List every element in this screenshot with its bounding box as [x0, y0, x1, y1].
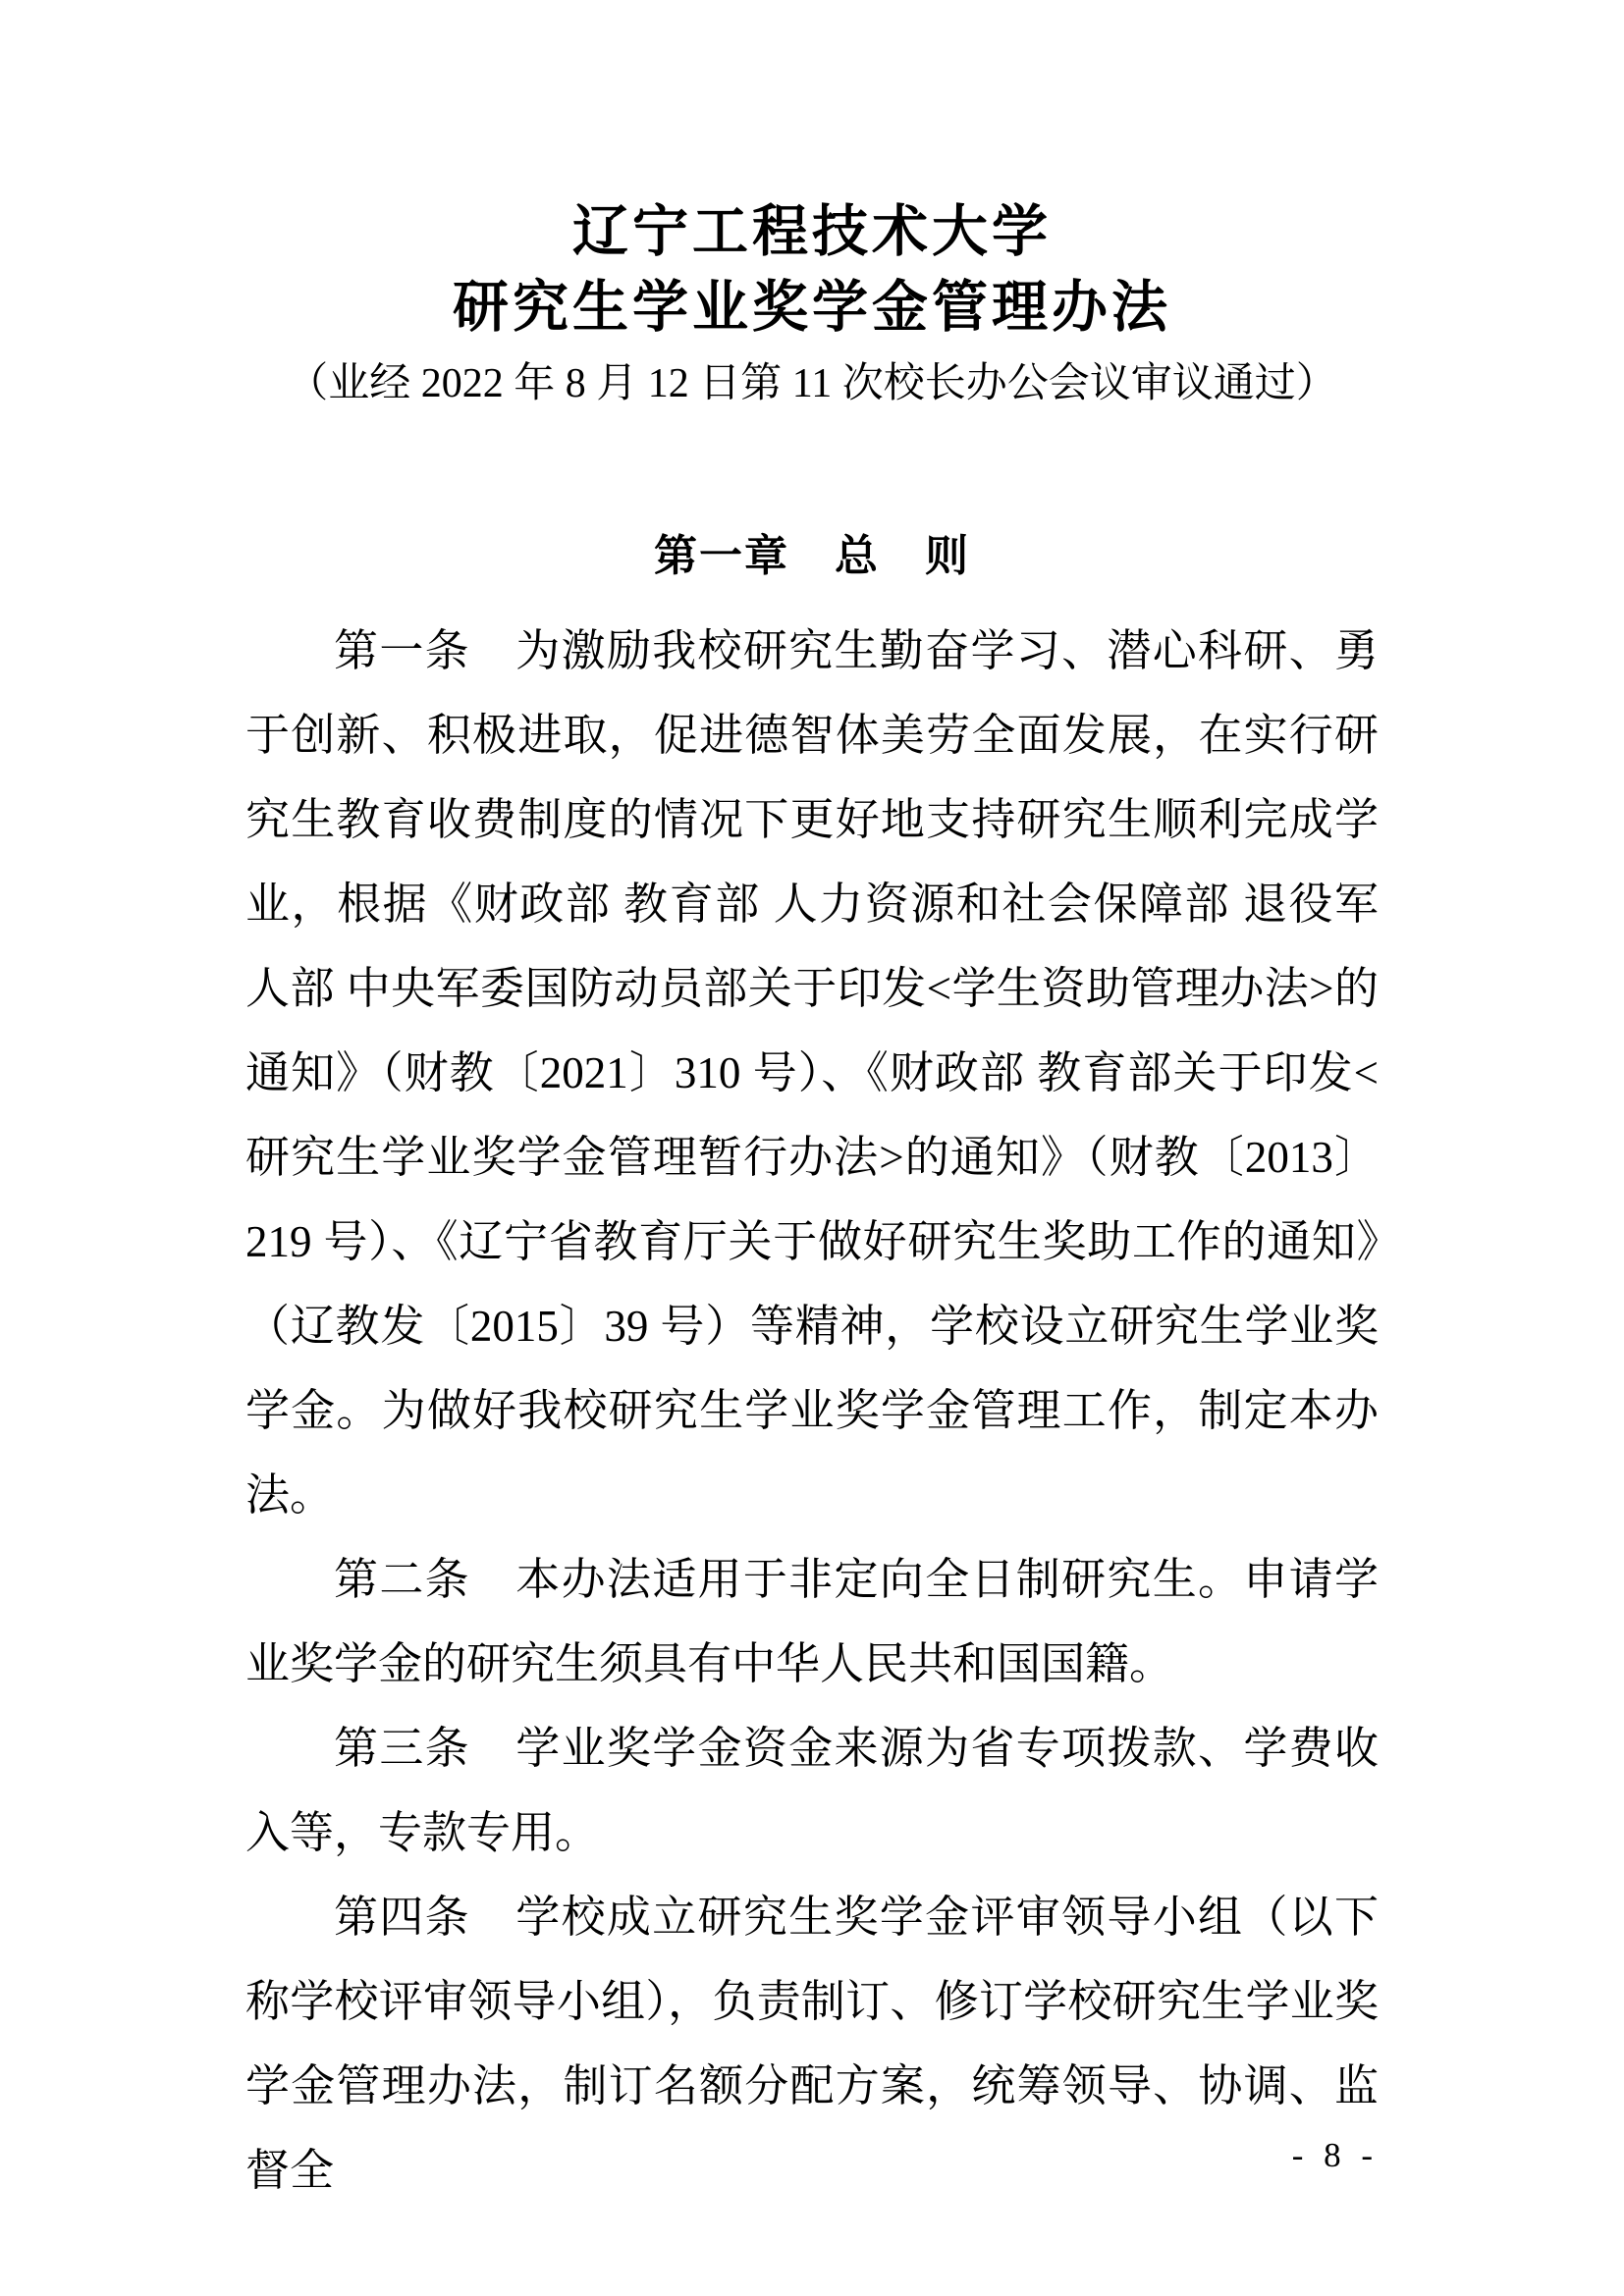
document-page: 辽宁工程技术大学 研究生学业奖学金管理办法 （业经 2022 年 8 月 12 …	[0, 0, 1624, 2296]
page-number: - 8 -	[1292, 2136, 1379, 2175]
paragraph-article-4: 第四条 学校成立研究生奖学金评审领导小组（以下称学校评审领导小组），负责制订、修…	[245, 1875, 1379, 2213]
paragraph-article-3: 第三条 学业奖学金资金来源为省专项拨款、学费收入等，专款专用。	[245, 1706, 1379, 1875]
document-title: 辽宁工程技术大学 研究生学业奖学金管理办法	[245, 194, 1379, 346]
title-line-university: 辽宁工程技术大学	[245, 194, 1379, 270]
paragraph-article-1: 第一条 为激励我校研究生勤奋学习、潜心科研、勇于创新、积极进取，促进德智体美劳全…	[245, 609, 1379, 1537]
document-body: 第一条 为激励我校研究生勤奋学习、潜心科研、勇于创新、积极进取，促进德智体美劳全…	[245, 609, 1379, 2213]
title-line-regulation: 研究生学业奖学金管理办法	[245, 270, 1379, 346]
approval-note: （业经 2022 年 8 月 12 日第 11 次校长办公会议审议通过）	[245, 353, 1379, 414]
chapter-heading: 第一章 总 则	[245, 530, 1379, 583]
paragraph-article-2: 第二条 本办法适用于非定向全日制研究生。申请学业奖学金的研究生须具有中华人民共和…	[245, 1537, 1379, 1706]
